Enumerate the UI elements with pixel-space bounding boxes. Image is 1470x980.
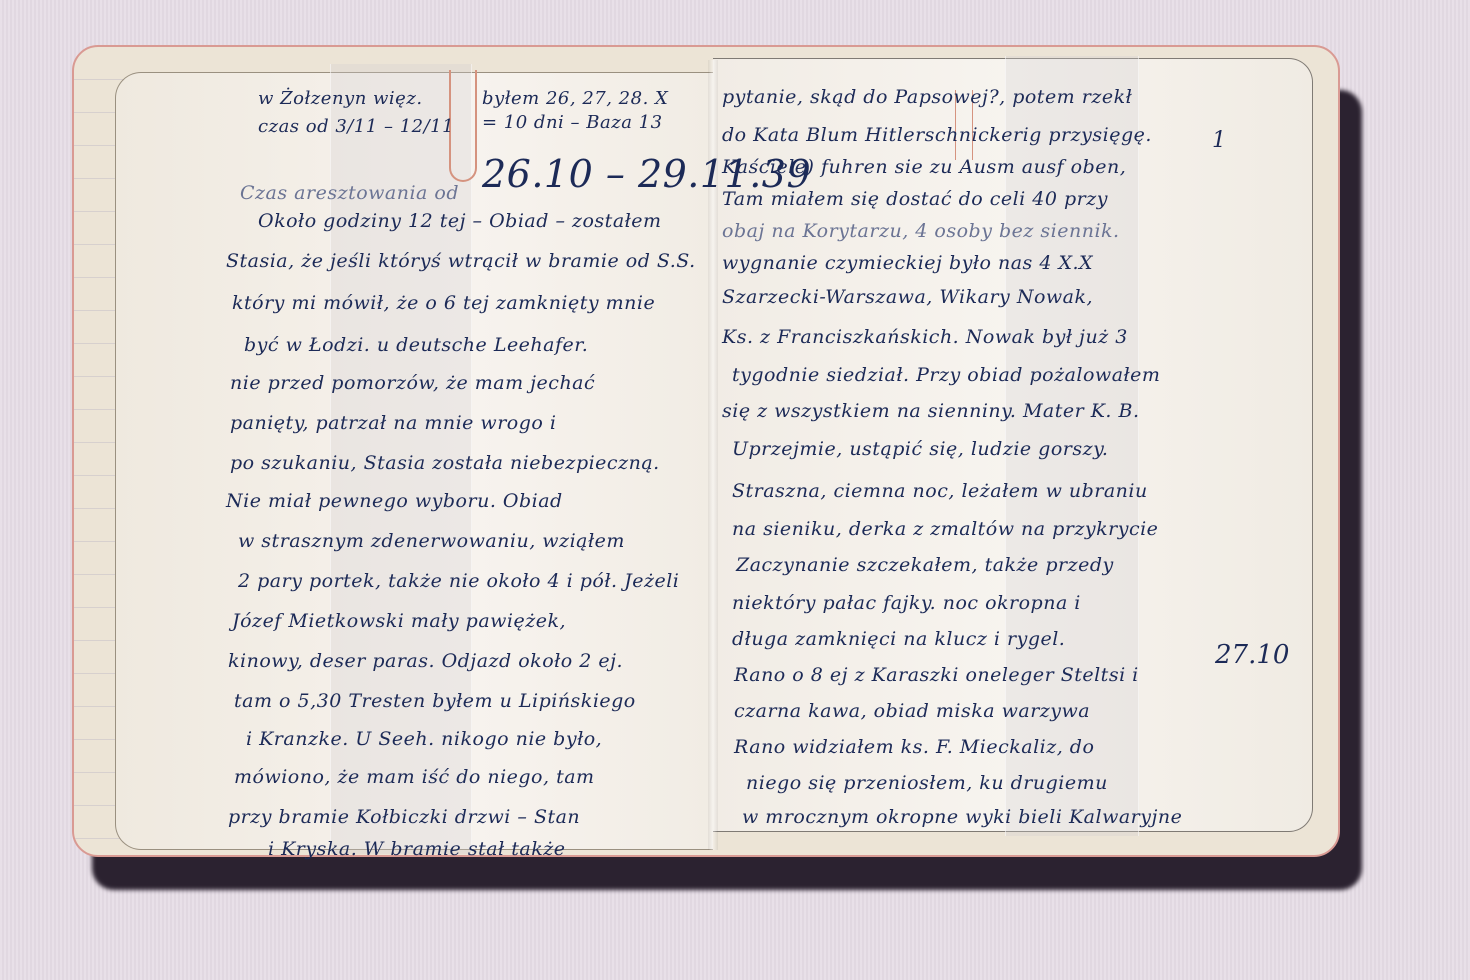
right-line: czarna kawa, obiad miska warzywa — [734, 700, 1090, 722]
right-line: w mrocznym okropne wyki bieli Kalwaryjne — [742, 806, 1182, 828]
left-line: Około godziny 12 tej – Obiad – zostałem — [258, 210, 662, 232]
header-left-line-2: czas od 3/11 – 12/11 — [258, 116, 454, 137]
left-line: który mi mówił, że o 6 tej zamknięty mni… — [232, 292, 655, 314]
left-line: w strasznym zdenerwowaniu, wziąłem — [238, 530, 625, 552]
right-line: długa zamknięci na klucz i rygel. — [732, 628, 1065, 650]
right-line: Straszna, ciemna noc, leżałem w ubraniu — [732, 480, 1148, 502]
margin-mark: 1 — [1212, 128, 1226, 153]
header-right-line-2: = 10 dni – Baza 13 — [482, 112, 663, 133]
margin-date: 27.10 — [1215, 640, 1289, 670]
right-line: niektóry pałac fajky. noc okropna i — [732, 592, 1081, 614]
right-line: wygnanie czymieckiej było nas 4 X.X — [722, 252, 1093, 274]
right-line: pytanie, skąd do Papsowej?, potem rzekł — [722, 86, 1132, 108]
right-line: Kaściele) fuhren sie zu Ausm ausf oben, — [722, 156, 1126, 178]
right-line: Zaczynanie szczekałem, także przedy — [736, 554, 1114, 576]
right-line: Ks. z Franciszkańskich. Nowak był już 3 — [722, 326, 1128, 348]
left-line: przy bramie Kołbiczki drzwi – Stan — [228, 806, 580, 828]
left-line: kinowy, deser paras. Odjazd około 2 ej. — [228, 650, 623, 672]
left-line: i Kranzke. U Seeh. nikogo nie było, — [246, 728, 602, 750]
header-left-line-1: w Żołzenyn więz. — [258, 88, 423, 109]
left-line: tam o 5,30 Tresten byłem u Lipińskiego — [234, 690, 636, 712]
left-line: mówiono, że mam iść do niego, tam — [234, 766, 595, 788]
left-line: Stasia, że jeśli któryś wtrącił w bramie… — [226, 250, 696, 272]
right-line: Tam miałem się dostać do celi 40 przy — [722, 188, 1108, 210]
right-line: Uprzejmie, ustąpić się, ludzie gorszy. — [732, 438, 1108, 460]
right-line: na sieniku, derka z zmaltów na przykryci… — [732, 518, 1158, 540]
left-line: po szukaniu, Stasia została niebezpieczn… — [230, 452, 660, 474]
right-line: się z wszystkiem na sienniny. Mater K. B… — [722, 400, 1140, 422]
left-line: panięty, patrzał na mnie wrogo i — [230, 412, 556, 434]
right-line: Rano o 8 ej z Karaszki oneleger Steltsi … — [734, 664, 1139, 686]
right-line: Rano widziałem ks. F. Mieckaliz, do — [734, 736, 1094, 758]
right-line: do Kata Blum Hitlerschnickerig przysięgę… — [722, 124, 1152, 146]
left-line: i Kryska. W bramie stał także — [268, 838, 565, 860]
right-line: obaj na Korytarzu, 4 osoby bez siennik. — [722, 220, 1120, 242]
right-line: Szarzecki-Warszawa, Wikary Nowak, — [722, 286, 1093, 308]
right-line: niego się przeniosłem, ku drugiemu — [746, 772, 1108, 794]
date-heading-prefix: Czas aresztowania od — [240, 182, 459, 204]
right-line: tygodnie siedział. Przy obiad pożalowałe… — [732, 364, 1160, 386]
left-line: Józef Mietkowski mały pawiężek, — [232, 610, 566, 632]
left-line: nie przed pomorzów, że mam jechać — [230, 372, 595, 394]
left-line: być w Łodzi. u deutsche Leehafer. — [244, 334, 588, 356]
left-line: Nie miał pewnego wyboru. Obiad — [226, 490, 563, 512]
header-right-line-1: byłem 26, 27, 28. X — [482, 88, 668, 109]
left-line: 2 pary portek, także nie około 4 i pół. … — [238, 570, 679, 592]
